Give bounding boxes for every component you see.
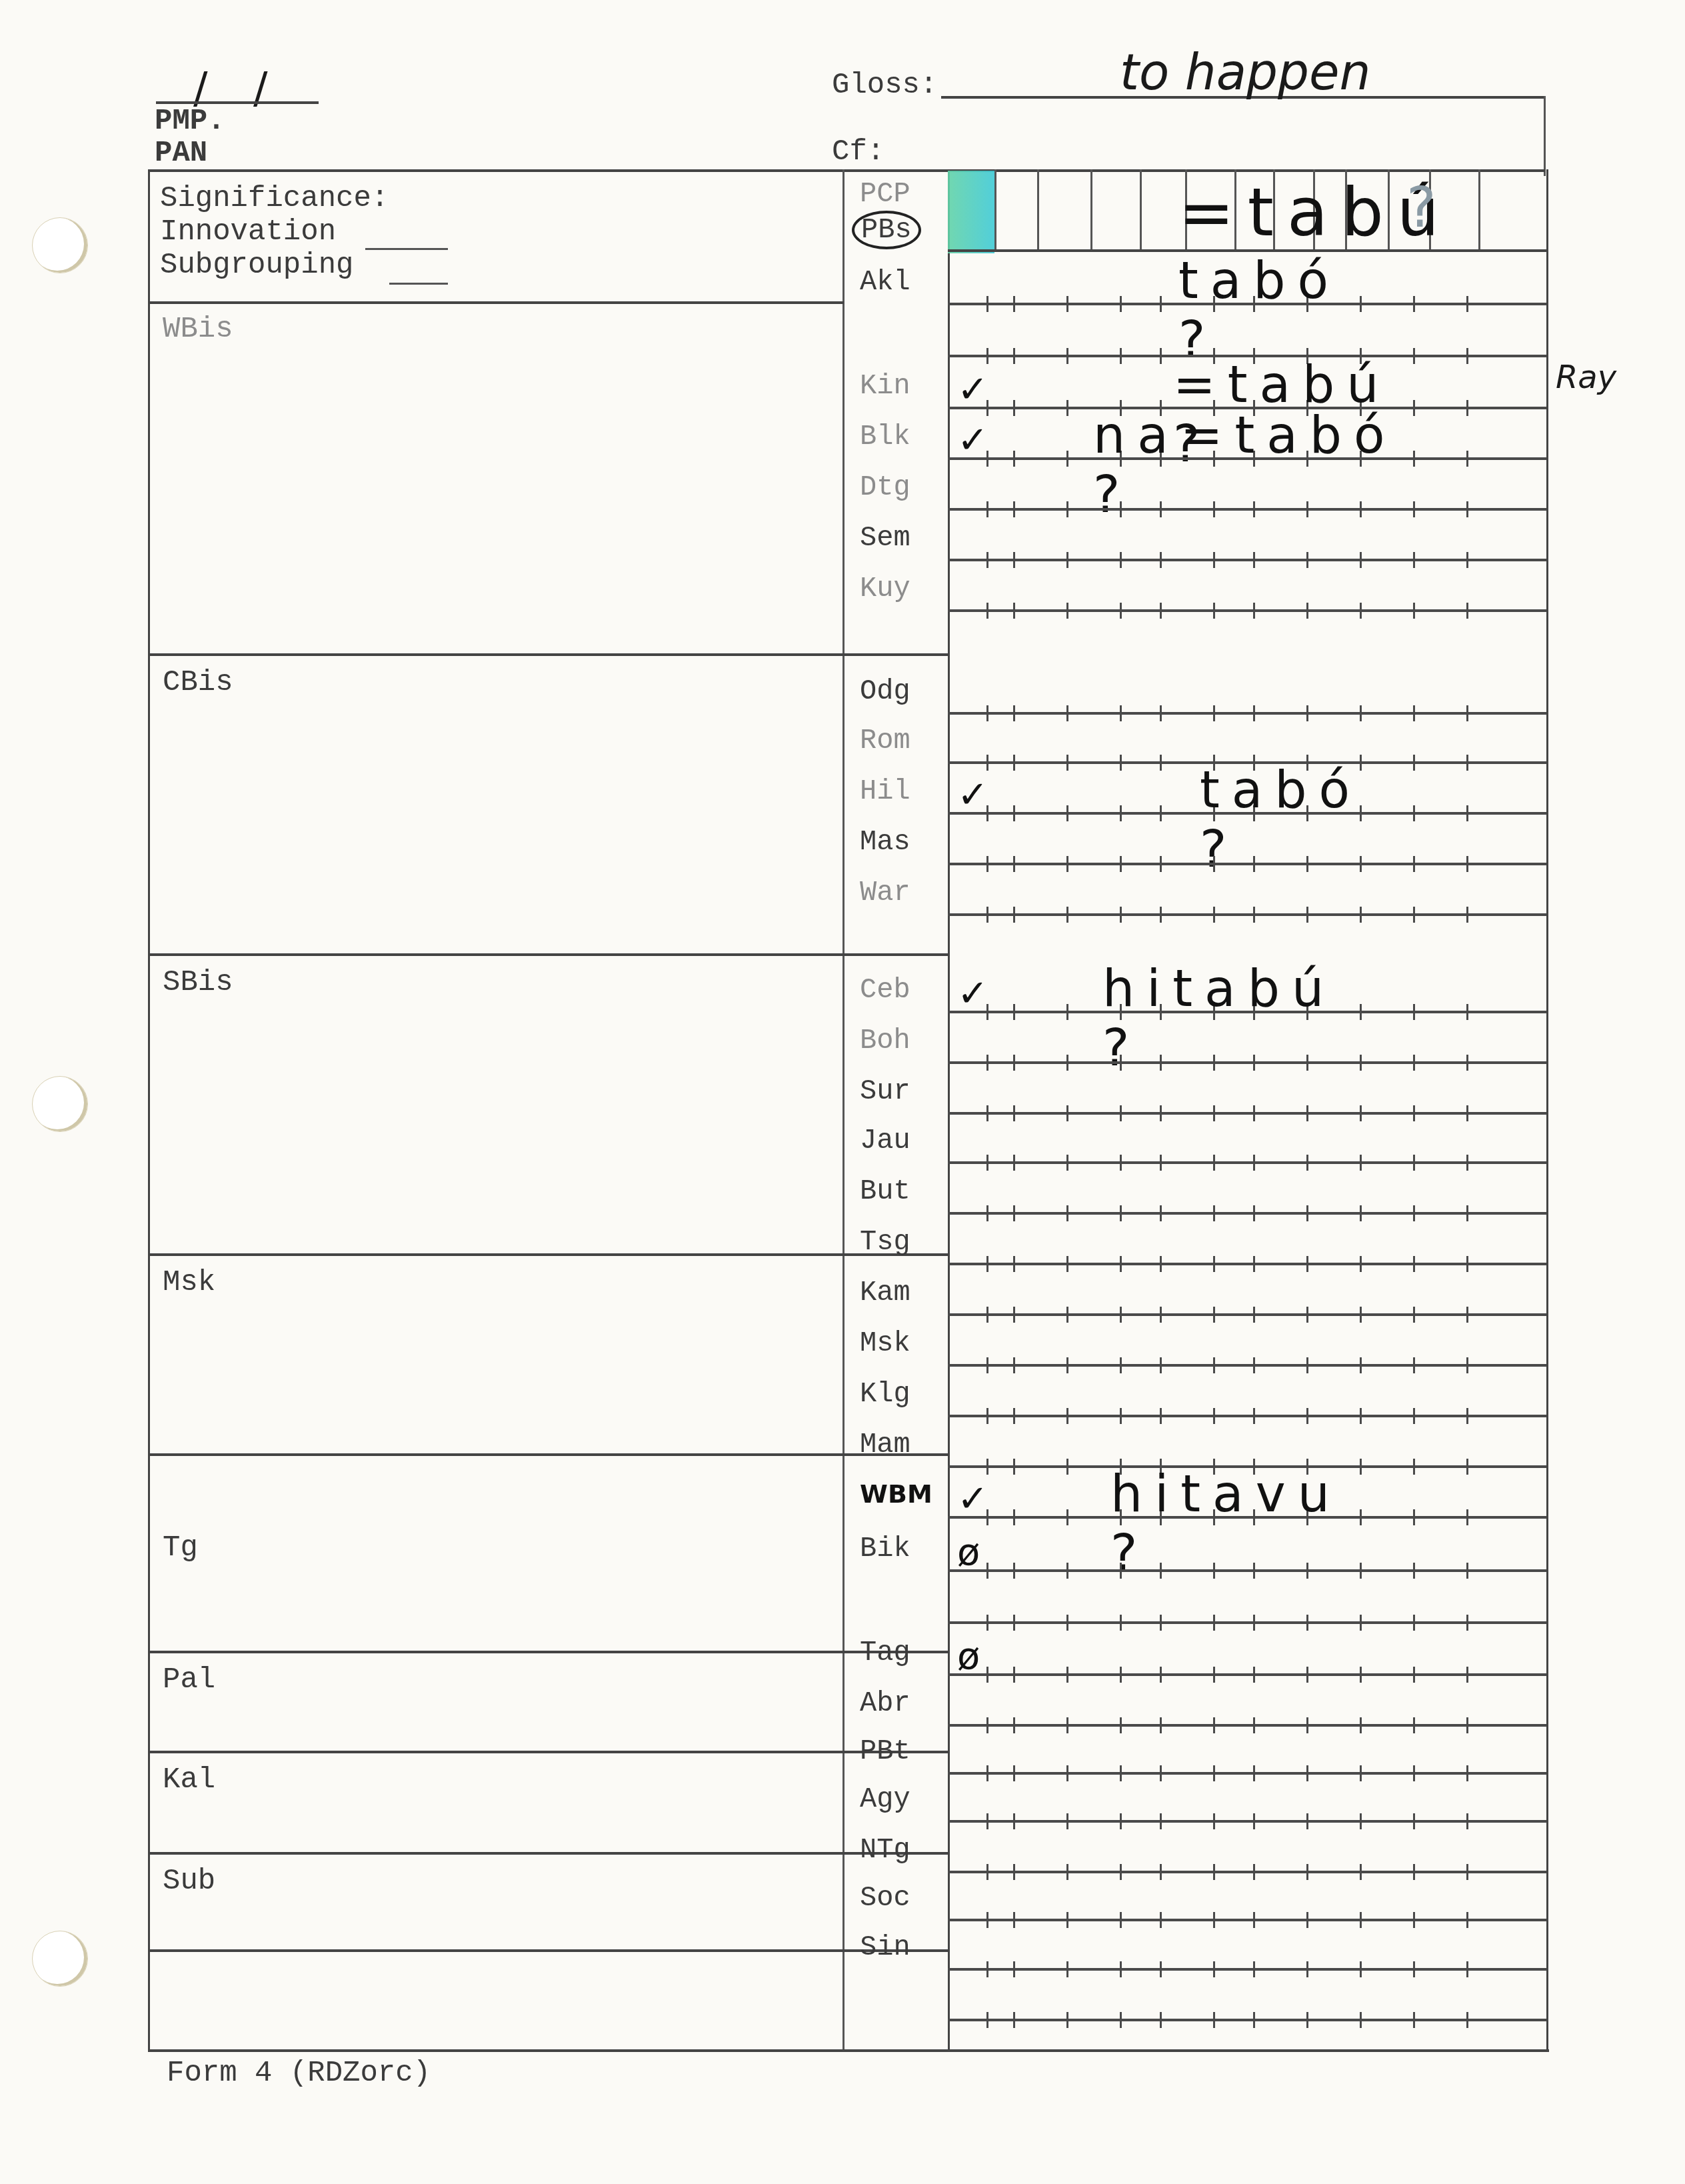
tick-mark: [1013, 1459, 1015, 1475]
tick-mark: [1066, 1563, 1068, 1579]
tick-mark: [1120, 1155, 1122, 1171]
region-divider: [148, 1253, 948, 1256]
language-label-hil: Hil: [860, 777, 946, 805]
tick-mark: [1413, 1912, 1415, 1928]
tick-mark: [1120, 296, 1122, 312]
proto-cell-divider: [1140, 169, 1142, 249]
tick-mark: [1466, 1408, 1468, 1424]
tick-mark: [1066, 1205, 1068, 1221]
tick-mark: [1160, 1667, 1162, 1683]
entry-line: [948, 1313, 1546, 1316]
tick-mark: [1013, 1205, 1015, 1221]
tick-mark: [1213, 1408, 1215, 1424]
subgrouping-blank[interactable]: [389, 283, 448, 285]
entry-line: [948, 1161, 1546, 1164]
tick-mark: [1466, 907, 1468, 923]
tick-mark: [1120, 755, 1122, 771]
region-label-msk: Msk: [163, 1268, 215, 1297]
language-label-boh: Boh: [860, 1027, 946, 1055]
tick-mark: [1360, 1307, 1362, 1323]
tick-mark: [1413, 400, 1415, 416]
tick-mark: [1066, 296, 1068, 312]
tick-mark: [1013, 451, 1015, 467]
tick-mark: [1213, 1307, 1215, 1323]
tick-mark: [1466, 1912, 1468, 1928]
tick-mark: [1013, 1105, 1015, 1121]
tick-mark: [986, 1055, 988, 1071]
language-label-agy: Agy: [860, 1785, 946, 1813]
tick-mark: [986, 1667, 988, 1683]
tick-mark: [1066, 1615, 1068, 1631]
language-label-but: But: [860, 1177, 946, 1205]
tick-mark: [1466, 1509, 1468, 1525]
tick-mark: [1066, 1667, 1068, 1683]
tick-mark: [1066, 2012, 1068, 2028]
tick-mark: [1253, 2012, 1255, 2028]
tick-mark: [986, 552, 988, 568]
tick-mark: [1253, 603, 1255, 619]
punch-hole-middle: [32, 1076, 88, 1132]
tick-mark: [1160, 1864, 1162, 1880]
tick-mark: [1013, 1667, 1015, 1683]
tick-mark: [1360, 1357, 1362, 1373]
tick-mark: [1013, 1717, 1015, 1733]
tick-mark: [1306, 1408, 1308, 1424]
language-label-ntg: NTg: [860, 1836, 946, 1864]
punch-hole-top: [32, 217, 88, 273]
tick-mark: [1013, 1912, 1015, 1928]
tick-mark: [986, 1408, 988, 1424]
tick-mark: [1066, 755, 1068, 771]
tick-mark: [1466, 1357, 1468, 1373]
region-divider: [148, 1949, 948, 1952]
tick-mark: [1066, 1105, 1068, 1121]
tick-mark: [1066, 907, 1068, 923]
tick-mark: [1013, 348, 1015, 364]
tick-mark: [1013, 1615, 1015, 1631]
tick-mark: [1160, 501, 1162, 517]
tick-mark: [1466, 501, 1468, 517]
tick-mark: [1120, 1563, 1122, 1579]
tick-mark: [1466, 805, 1468, 821]
innovation-blank[interactable]: [365, 248, 448, 250]
tick-mark: [1360, 907, 1362, 923]
tick-mark: [1360, 1864, 1362, 1880]
tick-mark: [1360, 1765, 1362, 1781]
tick-mark: [1160, 1105, 1162, 1121]
entry-line: [948, 1263, 1546, 1265]
tick-mark: [1466, 348, 1468, 364]
pmp-label: PMP.: [155, 107, 225, 136]
tick-mark: [986, 501, 988, 517]
tick-mark: [1213, 552, 1215, 568]
tick-mark: [1160, 348, 1162, 364]
tick-mark: [1066, 805, 1068, 821]
language-label-tsg: Tsg: [860, 1228, 946, 1256]
tick-mark: [1160, 705, 1162, 721]
tick-mark: [1253, 552, 1255, 568]
pcp-label: PCP: [860, 180, 910, 208]
tick-mark: [986, 1765, 988, 1781]
proto-cell-divider: [1090, 169, 1092, 249]
tick-mark: [1160, 856, 1162, 872]
tick-mark: [1120, 856, 1122, 872]
tick-mark: [1413, 552, 1415, 568]
tick-mark: [1306, 2012, 1308, 2028]
tick-mark: [986, 348, 988, 364]
grid-left-line: [948, 169, 950, 2051]
null-reflex-icon: ø: [957, 1531, 980, 1574]
tick-mark: [1160, 1256, 1162, 1272]
tick-mark: [1013, 603, 1015, 619]
reflex-form-hil[interactable]: tabó ?: [1200, 760, 1362, 879]
tick-mark: [1013, 1357, 1015, 1373]
region-divider: [148, 1852, 948, 1855]
tick-mark: [1066, 603, 1068, 619]
region-label-pal: Pal: [163, 1665, 215, 1695]
tick-mark: [1306, 1912, 1308, 1928]
tick-mark: [1466, 1307, 1468, 1323]
tick-mark: [1360, 1459, 1362, 1475]
tick-mark: [1306, 1055, 1308, 1071]
tick-mark: [1213, 1105, 1215, 1121]
tick-mark: [1066, 1912, 1068, 1928]
tick-mark: [1160, 1961, 1162, 1977]
language-label-kam: Kam: [860, 1279, 946, 1307]
tick-mark: [986, 603, 988, 619]
tick-mark: [1413, 907, 1415, 923]
tick-mark: [1213, 2012, 1215, 2028]
entry-line: [948, 1724, 1546, 1727]
tick-mark: [1066, 348, 1068, 364]
tick-mark: [1413, 1813, 1415, 1829]
tick-mark: [1360, 1563, 1362, 1579]
tick-mark: [1253, 1205, 1255, 1221]
tick-mark: [1160, 1155, 1162, 1171]
entry-line: [948, 508, 1546, 511]
region-divider: [148, 953, 948, 956]
tick-mark: [1066, 1055, 1068, 1071]
tick-mark: [1213, 1205, 1215, 1221]
tick-mark: [986, 1357, 988, 1373]
entry-line: [948, 1871, 1546, 1873]
tick-mark: [1213, 705, 1215, 721]
language-label-kin: Kin: [860, 372, 946, 400]
tick-mark: [1306, 1717, 1308, 1733]
left-frame-line: [148, 169, 150, 2051]
tick-mark: [1066, 1961, 1068, 1977]
pan-label: PAN: [155, 139, 207, 168]
tick-mark: [1253, 1813, 1255, 1829]
pbs-label-circled[interactable]: PBs: [852, 211, 921, 249]
tick-mark: [1013, 907, 1015, 923]
tick-mark: [1160, 805, 1162, 821]
entry-line: [948, 1061, 1546, 1064]
tick-mark: [1360, 501, 1362, 517]
tick-mark: [986, 1459, 988, 1475]
null-reflex-icon: ø: [957, 1635, 980, 1678]
tick-mark: [1253, 501, 1255, 517]
tick-mark: [1013, 1509, 1015, 1525]
tick-mark: [1013, 2012, 1015, 2028]
tick-mark: [1066, 552, 1068, 568]
tick-mark: [1466, 1205, 1468, 1221]
tick-mark: [1360, 1155, 1362, 1171]
region-label-sub: Sub: [163, 1867, 215, 1896]
tick-mark: [1213, 1961, 1215, 1977]
tick-mark: [1413, 1004, 1415, 1020]
tick-mark: [1413, 856, 1415, 872]
tick-mark: [1120, 1765, 1122, 1781]
entry-line: [948, 1968, 1546, 1971]
subgrouping-label: Subgrouping: [160, 251, 353, 280]
tick-mark: [1160, 1615, 1162, 1631]
tick-mark: [1253, 1055, 1255, 1071]
entry-line: [948, 1212, 1546, 1215]
teal-highlight-mark: [948, 171, 994, 253]
tick-mark: [1160, 1813, 1162, 1829]
tick-mark: [1013, 1055, 1015, 1071]
reflex-form-ceb[interactable]: hitabú ?: [1102, 959, 1336, 1077]
tick-mark: [1066, 1256, 1068, 1272]
significance-bottom-line: [148, 301, 844, 304]
top-frame-line: [148, 169, 1545, 172]
tick-mark: [1413, 1563, 1415, 1579]
tick-mark: [1066, 1717, 1068, 1733]
tick-mark: [1306, 1961, 1308, 1977]
checkmark-icon: ✓: [957, 419, 988, 462]
tick-mark: [1466, 1765, 1468, 1781]
reflex-form-akl[interactable]: tabó ?: [1178, 251, 1340, 369]
entry-line: [948, 1364, 1546, 1367]
tick-mark: [1066, 1864, 1068, 1880]
gloss-right-edge: [1544, 96, 1546, 176]
region-label-wbis: WBis: [163, 315, 233, 344]
language-label-kuy: Kuy: [860, 575, 946, 603]
tick-mark: [1253, 705, 1255, 721]
tick-mark: [1360, 1055, 1362, 1071]
tick-mark: [1466, 1256, 1468, 1272]
tick-mark: [1413, 296, 1415, 312]
tick-mark: [1160, 1765, 1162, 1781]
tick-mark: [1413, 603, 1415, 619]
tick-mark: [1306, 501, 1308, 517]
tick-mark: [986, 1912, 988, 1928]
tick-mark: [1160, 1205, 1162, 1221]
language-label-bik: Bik: [860, 1535, 946, 1563]
tick-mark: [986, 856, 988, 872]
tick-mark: [1413, 1615, 1415, 1631]
tick-mark: [1413, 1105, 1415, 1121]
tick-mark: [1413, 1408, 1415, 1424]
tick-mark: [1466, 856, 1468, 872]
tick-mark: [1013, 1765, 1015, 1781]
tick-mark: [1466, 1155, 1468, 1171]
tick-mark: [1013, 1307, 1015, 1323]
tick-mark: [1066, 501, 1068, 517]
language-label-klg: Klg: [860, 1380, 946, 1408]
tick-mark: [1013, 552, 1015, 568]
entry-line: [948, 863, 1546, 865]
tick-mark: [1213, 1667, 1215, 1683]
tick-mark: [1466, 1961, 1468, 1977]
tick-mark: [986, 1864, 988, 1880]
tick-mark: [1066, 451, 1068, 467]
tick-mark: [1213, 1155, 1215, 1171]
tick-mark: [1253, 1765, 1255, 1781]
tick-mark: [1413, 1357, 1415, 1373]
region-label-tg: Tg: [163, 1533, 198, 1563]
tick-mark: [1306, 1563, 1308, 1579]
checkmark-icon: ✓: [957, 773, 988, 817]
tick-mark: [986, 296, 988, 312]
tick-mark: [1066, 1004, 1068, 1020]
tick-mark: [1306, 552, 1308, 568]
tick-mark: [1160, 2012, 1162, 2028]
entry-line: [948, 559, 1546, 561]
region-divider: [148, 653, 948, 656]
tick-mark: [1160, 1357, 1162, 1373]
tick-mark: [1213, 1357, 1215, 1373]
tick-mark: [1120, 1256, 1122, 1272]
tick-mark: [1413, 1055, 1415, 1071]
proto-form-question: ?: [1406, 175, 1436, 240]
tick-mark: [1013, 501, 1015, 517]
tick-mark: [986, 1961, 988, 1977]
tick-mark: [1306, 1205, 1308, 1221]
tick-mark: [1120, 1717, 1122, 1733]
tick-mark: [1213, 1615, 1215, 1631]
cf-label: Cf:: [832, 137, 884, 167]
region-divider: [148, 1651, 948, 1653]
tick-mark: [1213, 1717, 1215, 1733]
tick-mark: [1213, 1864, 1215, 1880]
language-label-abr: Abr: [860, 1689, 946, 1717]
tick-mark: [1466, 1615, 1468, 1631]
label-column-left-line: [843, 169, 844, 2051]
entry-line: [948, 2019, 1546, 2021]
tick-mark: [1466, 1055, 1468, 1071]
tick-mark: [1253, 1912, 1255, 1928]
tick-mark: [1120, 1961, 1122, 1977]
tick-mark: [1066, 1459, 1068, 1475]
tick-mark: [1413, 705, 1415, 721]
tick-mark: [1213, 1256, 1215, 1272]
language-label-dtg: Dtg: [860, 473, 946, 501]
language-label-akl: Akl: [860, 268, 946, 296]
tick-mark: [1120, 1912, 1122, 1928]
tick-mark: [1413, 1864, 1415, 1880]
tick-mark: [1360, 1961, 1362, 1977]
tick-mark: [986, 1307, 988, 1323]
language-label-pbt: PBt: [860, 1737, 946, 1765]
tick-mark: [1306, 1256, 1308, 1272]
tick-mark: [1013, 296, 1015, 312]
tick-mark: [1466, 296, 1468, 312]
tick-mark: [1360, 296, 1362, 312]
tick-mark: [1466, 603, 1468, 619]
gloss-label: Gloss:: [832, 71, 937, 100]
tick-mark: [1253, 1357, 1255, 1373]
tick-mark: [1306, 1155, 1308, 1171]
language-label-jau: Jau: [860, 1127, 946, 1155]
language-label-mas: Mas: [860, 828, 946, 856]
tick-mark: [1360, 856, 1362, 872]
tick-mark: [1120, 1205, 1122, 1221]
tick-mark: [1413, 451, 1415, 467]
tick-mark: [1213, 1912, 1215, 1928]
gloss-value[interactable]: to happen: [1120, 44, 1370, 101]
innovation-label: Innovation: [160, 217, 336, 247]
tick-mark: [1160, 1912, 1162, 1928]
tick-mark: [1360, 552, 1362, 568]
tick-mark: [986, 705, 988, 721]
tick-mark: [1120, 1408, 1122, 1424]
language-label-sin: Sin: [860, 1933, 946, 1961]
tick-mark: [1013, 1155, 1015, 1171]
tick-mark: [1253, 1563, 1255, 1579]
proto-cell-divider: [994, 169, 996, 249]
tick-mark: [1413, 1205, 1415, 1221]
form-footer: Form 4 (RDZorc): [167, 2059, 431, 2088]
tick-mark: [1360, 1912, 1362, 1928]
tick-mark: [1013, 1563, 1015, 1579]
tick-mark: [1160, 603, 1162, 619]
tick-mark: [1306, 705, 1308, 721]
tick-mark: [986, 1155, 988, 1171]
tick-mark: [1466, 1717, 1468, 1733]
tick-mark: [1413, 1256, 1415, 1272]
tick-mark: [1466, 755, 1468, 771]
tick-mark: [1360, 1105, 1362, 1121]
tick-mark: [1160, 552, 1162, 568]
tick-mark: [1160, 755, 1162, 771]
reflex-form-blk[interactable]: na=tabó ?: [1093, 405, 1397, 524]
tick-mark: [1120, 1813, 1122, 1829]
entry-line: [948, 712, 1546, 715]
tick-mark: [1253, 1408, 1255, 1424]
tick-mark: [1120, 1357, 1122, 1373]
tick-mark: [1360, 1813, 1362, 1829]
tick-mark: [986, 907, 988, 923]
tick-mark: [1413, 1961, 1415, 1977]
tick-mark: [1013, 805, 1015, 821]
region-label-kal: Kal: [163, 1765, 215, 1795]
entry-line: [948, 1820, 1546, 1823]
tick-mark: [1253, 856, 1255, 872]
tick-mark: [1213, 907, 1215, 923]
tick-mark: [1160, 1055, 1162, 1071]
tick-mark: [1413, 2012, 1415, 2028]
language-label-war: War: [860, 879, 946, 907]
entry-line: [948, 1772, 1546, 1775]
language-label-msk: Msk: [860, 1329, 946, 1357]
tick-mark: [1013, 1004, 1015, 1020]
tick-mark: [1253, 1307, 1255, 1323]
entry-line: [948, 1919, 1546, 1921]
tick-mark: [986, 1563, 988, 1579]
tick-mark: [1466, 1667, 1468, 1683]
checkmark-icon: ✓: [957, 972, 988, 1015]
tick-mark: [1306, 1105, 1308, 1121]
tick-mark: [1013, 1408, 1015, 1424]
tick-mark: [1466, 400, 1468, 416]
tick-mark: [1466, 1864, 1468, 1880]
entry-line: [948, 1621, 1546, 1624]
language-label-rom: Rom: [860, 727, 946, 755]
language-label-odg: Odg: [860, 677, 946, 705]
tick-mark: [1160, 1563, 1162, 1579]
